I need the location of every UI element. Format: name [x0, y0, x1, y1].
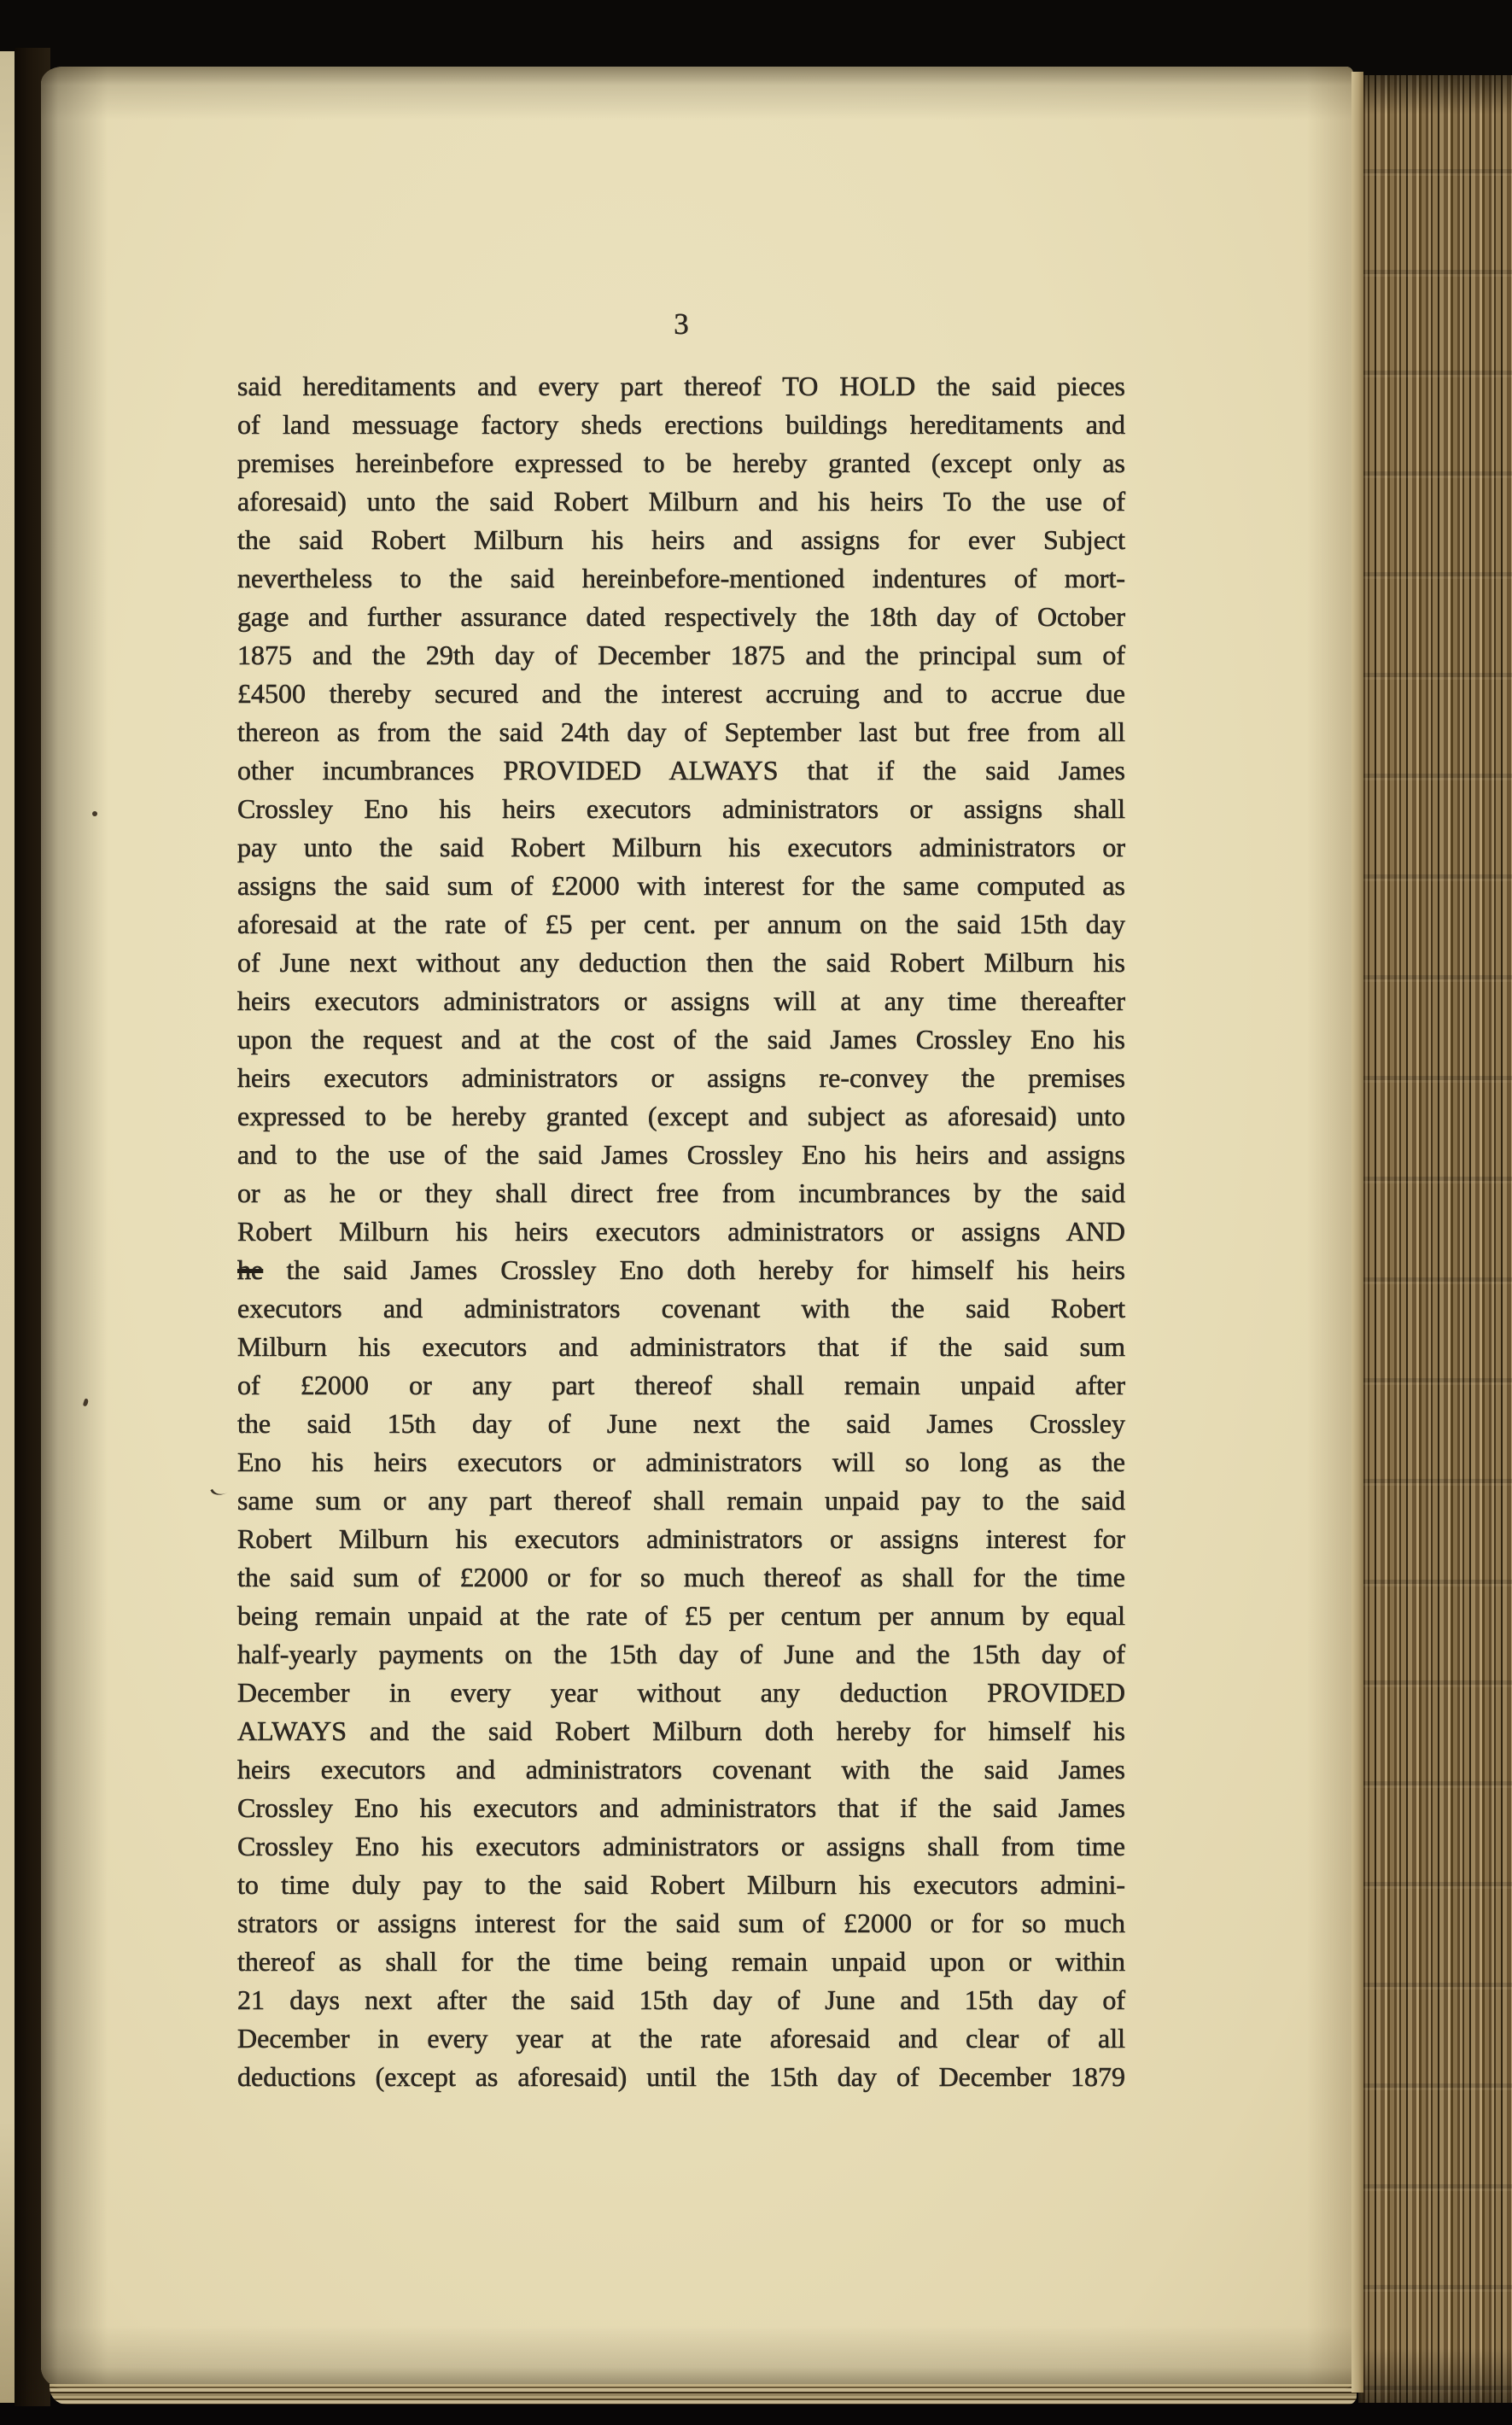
book-fore-edge — [1358, 75, 1512, 2403]
text-line: ALWAYS and the said Robert Milburn doth … — [237, 1712, 1125, 1750]
page-side-thickness — [1351, 72, 1363, 2393]
text-line: aforesaid) unto the said Robert Milburn … — [237, 482, 1125, 521]
text-line: assigns the said sum of £2000 with inter… — [237, 867, 1125, 905]
page-bottom-edge-sheets — [50, 2384, 1357, 2405]
text-line: and to the use of the said James Crossle… — [237, 1136, 1125, 1174]
ink-speck — [83, 1398, 90, 1406]
text-line: the said sum of £2000 or for so much the… — [237, 1558, 1125, 1597]
text-line: Robert Milburn his heirs executors admin… — [237, 1212, 1125, 1251]
text-line: the said 15th day of June next the said … — [237, 1405, 1125, 1443]
text-line: thereon as from the said 24th day of Sep… — [237, 713, 1125, 751]
text-line: £4500 thereby secured and the interest a… — [237, 675, 1125, 713]
text-line: Robert Milburn his executors administrat… — [237, 1520, 1125, 1558]
text-line: heirs executors administrators or assign… — [237, 982, 1125, 1020]
text-line: heirs executors administrators or assign… — [237, 1059, 1125, 1097]
facing-page-edge — [0, 51, 15, 2403]
pen-mark — [210, 1482, 229, 1499]
text-line: Eno his heirs executors or administrator… — [237, 1443, 1125, 1481]
text-line: aforesaid at the rate of £5 per cent. pe… — [237, 905, 1125, 944]
text-line: heirs executors and administrators coven… — [237, 1750, 1125, 1789]
text-line: Milburn his executors and administrators… — [237, 1328, 1125, 1366]
text-line: being remain unpaid at the rate of £5 pe… — [237, 1597, 1125, 1635]
text-line: to time duly pay to the said Robert Milb… — [237, 1866, 1125, 1904]
text-line: said hereditaments and every part thereo… — [237, 367, 1125, 406]
text-line: December in every year without any deduc… — [237, 1674, 1125, 1712]
text-line: of June next without any deduction then … — [237, 944, 1125, 982]
text-line: of £2000 or any part thereof shall remai… — [237, 1366, 1125, 1405]
text-line: premises hereinbefore expressed to be he… — [237, 444, 1125, 482]
ink-speck — [92, 811, 97, 816]
struck-word: he — [237, 1254, 263, 1285]
body-text: said hereditaments and every part thereo… — [237, 367, 1125, 2096]
text-line: Crossley Eno his executors administrator… — [237, 1827, 1125, 1866]
text-line: 1875 and the 29th day of December 1875 a… — [237, 636, 1125, 675]
text-line: or as he or they shall direct free from … — [237, 1174, 1125, 1212]
text-line: of land messuage factory sheds erections… — [237, 406, 1125, 444]
scan-background: 3 said hereditaments and every part ther… — [0, 0, 1512, 2425]
text-line: he the said James Crossley Eno doth here… — [237, 1251, 1125, 1289]
text-line: gage and further assurance dated respect… — [237, 598, 1125, 636]
text-line: nevertheless to the said hereinbefore-me… — [237, 559, 1125, 598]
text-line: Crossley Eno his heirs executors adminis… — [237, 790, 1125, 828]
text-line: upon the request and at the cost of the … — [237, 1020, 1125, 1059]
text-line: thereof as shall for the time being rema… — [237, 1943, 1125, 1981]
text-line: half-yearly payments on the 15th day of … — [237, 1635, 1125, 1674]
page-number: 3 — [237, 307, 1125, 347]
text-line: Crossley Eno his executors and administr… — [237, 1789, 1125, 1827]
text-line: the said Robert Milburn his heirs and as… — [237, 521, 1125, 559]
text-line: other incumbrances PROVIDED ALWAYS that … — [237, 751, 1125, 790]
text-line: same sum or any part thereof shall remai… — [237, 1481, 1125, 1520]
text-line: strators or assigns interest for the sai… — [237, 1904, 1125, 1943]
book-page: 3 said hereditaments and every part ther… — [41, 67, 1353, 2389]
text-line: December in every year at the rate afore… — [237, 2019, 1125, 2058]
text-line: deductions (except as aforesaid) until t… — [237, 2058, 1125, 2096]
text-line: 21 days next after the said 15th day of … — [237, 1981, 1125, 2019]
text-line: executors and administrators covenant wi… — [237, 1289, 1125, 1328]
text-line: pay unto the said Robert Milburn his exe… — [237, 828, 1125, 867]
text-line: expressed to be hereby granted (except a… — [237, 1097, 1125, 1136]
